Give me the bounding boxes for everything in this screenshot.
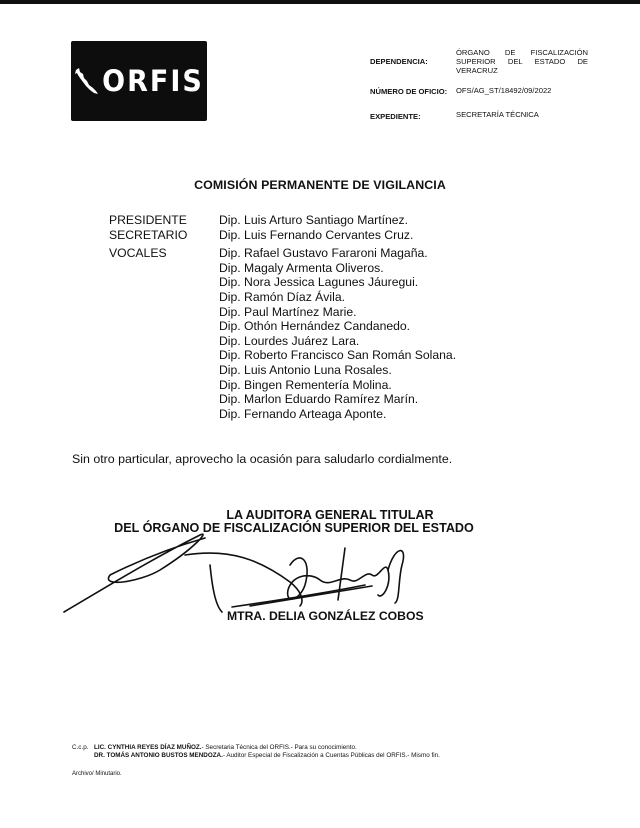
value-line: SUPERIOR DEL ESTADO DE xyxy=(456,57,588,66)
field-label: EXPEDIENTE: xyxy=(370,112,421,121)
archive-note: Archivo/ Minutario. xyxy=(72,771,122,777)
field-value: ÓRGANO DE FISCALIZACIÓN SUPERIOR DEL EST… xyxy=(456,48,588,75)
ccp-name: DR. TOMÁS ANTONIO BUSTOS MENDOZA. xyxy=(94,752,223,759)
member-item: Dip. Othón Hernández Candanedo. xyxy=(219,319,456,334)
member-item: Dip. Magaly Armenta Oliveros. xyxy=(219,261,456,276)
scan-top-edge xyxy=(0,0,640,4)
role-labels: PRESIDENTE SECRETARIO VOCALES xyxy=(109,213,187,265)
member-item: Dip. Ramón Díaz Ávila. xyxy=(219,290,456,305)
role-presidente: PRESIDENTE xyxy=(109,213,187,228)
member-item: Dip. Nora Jessica Lagunes Jáuregui. xyxy=(219,275,456,290)
role-secretario: SECRETARIO xyxy=(109,228,187,246)
member-item: Dip. Bingen Rementería Molina. xyxy=(219,378,456,393)
member-item: Dip. Lourdes Juárez Lara. xyxy=(219,334,456,349)
logo-text: ORFIS xyxy=(102,64,204,98)
field-value: SECRETARÍA TÉCNICA xyxy=(456,110,588,119)
closing-sentence: Sin otro particular, aprovecho la ocasió… xyxy=(72,452,452,466)
ccp-desc: - Auditor Especial de Fiscalización a Cu… xyxy=(223,752,440,759)
member-item: Dip. Roberto Francisco San Román Solana. xyxy=(219,348,456,363)
signer-name: MTRA. DELIA GONZÁLEZ COBOS xyxy=(227,609,424,623)
member-item: Dip. Fernando Arteaga Aponte. xyxy=(219,407,456,422)
member-item: Dip. Luis Fernando Cervantes Cruz. xyxy=(219,228,456,243)
ccp-prefix: C.c.p. xyxy=(72,744,94,752)
carbon-copy-list: C.c.p.LIC. CYNTHIA REYES DÍAZ MUÑOZ.- Se… xyxy=(72,744,440,760)
member-item: Dip. Paul Martínez Marie. xyxy=(219,305,456,320)
ccp-entry: C.c.p.LIC. CYNTHIA REYES DÍAZ MUÑOZ.- Se… xyxy=(72,744,440,752)
signer-title-line1: LA AUDITORA GENERAL TITULAR xyxy=(10,508,640,522)
role-vocales: VOCALES xyxy=(109,246,187,265)
value-line: ÓRGANO DE FISCALIZACIÓN xyxy=(456,48,588,57)
value-line: VERACRUZ xyxy=(456,66,588,75)
member-item: Dip. Rafael Gustavo Fararoni Magaña. xyxy=(219,246,456,261)
ccp-name: LIC. CYNTHIA REYES DÍAZ MUÑOZ. xyxy=(94,744,202,751)
member-item: Dip. Marlon Eduardo Ramírez Marín. xyxy=(219,392,456,407)
member-item: Dip. Luis Antonio Luna Rosales. xyxy=(219,363,456,378)
veracruz-map-icon xyxy=(74,66,100,96)
field-label: NÚMERO DE OFICIO: xyxy=(370,87,447,96)
signer-title-line2: DEL ÓRGANO DE FISCALIZACIÓN SUPERIOR DEL… xyxy=(0,521,614,535)
field-label: DEPENDENCIA: xyxy=(370,57,428,66)
orfis-logo: ORFIS xyxy=(71,41,207,121)
member-list: Dip. Luis Arturo Santiago Martínez.Dip. … xyxy=(219,213,456,421)
commission-title: COMISIÓN PERMANENTE DE VIGILANCIA xyxy=(0,178,640,192)
member-item: Dip. Luis Arturo Santiago Martínez. xyxy=(219,213,456,228)
ccp-entry: DR. TOMÁS ANTONIO BUSTOS MENDOZA.- Audit… xyxy=(72,752,440,760)
ccp-desc: - Secretaria Técnica del ORFIS.- Para su… xyxy=(202,744,357,751)
field-value: OFS/AG_ST/18492/09/2022 xyxy=(456,86,588,95)
